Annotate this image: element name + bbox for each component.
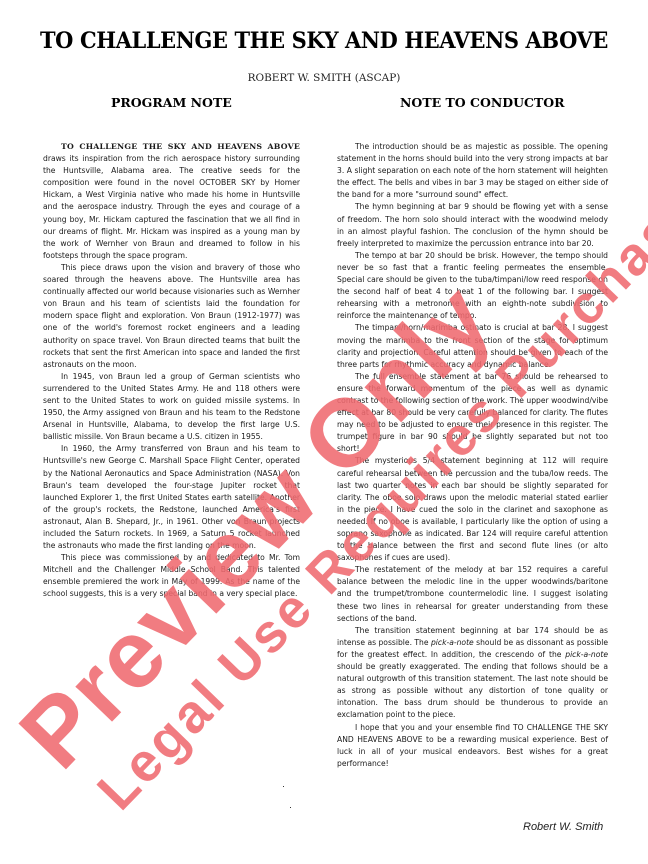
- conductor-note-paragraph: The transition statement beginning at ba…: [337, 625, 608, 722]
- conductor-note-paragraph: The introduction should be as majestic a…: [337, 141, 608, 201]
- conductor-note-heading: NOTE TO CONDUCTOR: [400, 95, 565, 110]
- composer-credit: ROBERT W. SMITH (ASCAP): [0, 72, 648, 84]
- program-note-paragraph: This piece was commissioned by and dedic…: [43, 552, 300, 600]
- program-note-heading: PROGRAM NOTE: [111, 95, 232, 110]
- scan-speck: [283, 786, 284, 787]
- scan-speck: [290, 807, 291, 808]
- conductor-note-paragraph: The tempo at bar 20 should be brisk. How…: [337, 250, 608, 323]
- conductor-note-paragraph: The restatement of the melody at bar 152…: [337, 564, 608, 624]
- conductor-note-paragraph: I hope that you and your ensemble find T…: [337, 722, 608, 770]
- program-note-lead-title: TO CHALLENGE THE SKY AND HEAVENS ABOVE: [61, 142, 300, 151]
- italic-term: pick-a-note: [431, 638, 474, 647]
- program-note-text: draws its inspiration from the rich aero…: [43, 154, 300, 260]
- piece-title: TO CHALLENGE THE SKY AND HEAVENS ABOVE: [23, 28, 626, 54]
- conductor-note-paragraph: The mysterious 5/4 statement beginning a…: [337, 455, 608, 564]
- signature: Robert W. Smith: [523, 821, 603, 833]
- conductor-note-column: The introduction should be as majestic a…: [337, 141, 608, 770]
- program-note-column: TO CHALLENGE THE SKY AND HEAVENS ABOVE d…: [43, 141, 300, 601]
- program-note-paragraph: TO CHALLENGE THE SKY AND HEAVENS ABOVE d…: [43, 141, 300, 262]
- program-note-paragraph: In 1960, the Army transferred von Braun …: [43, 443, 300, 552]
- paragraph-text: should be greatly exaggerated. The endin…: [337, 662, 608, 719]
- program-note-paragraph: In 1945, von Braun led a group of German…: [43, 371, 300, 444]
- italic-term: pick-a-note: [565, 650, 608, 659]
- conductor-note-paragraph: The full ensemble statement at bar 76 sh…: [337, 371, 608, 456]
- program-note-paragraph: This piece draws upon the vision and bra…: [43, 262, 300, 371]
- conductor-note-paragraph: The timpani/horn/marimba ostinato is cru…: [337, 322, 608, 370]
- conductor-note-paragraph: The hymn beginning at bar 9 should be fl…: [337, 201, 608, 249]
